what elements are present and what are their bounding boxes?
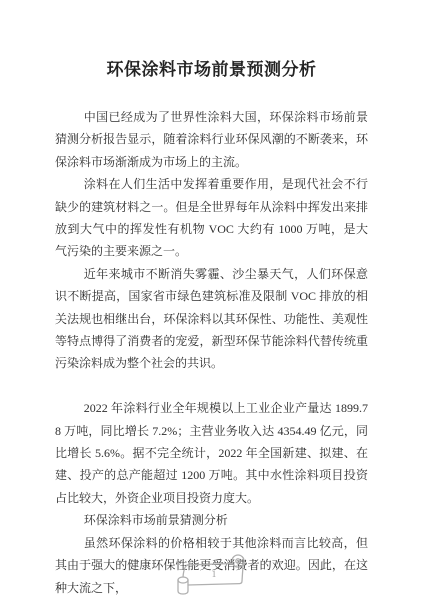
document-page: 环保涂料市场前景预测分析 中国已经成为了世界性涂料大国，环保涂料市场前景猜测分析… bbox=[0, 0, 424, 600]
paragraph-voc: 涂料在人们生活中发挥着重要作用，是现代社会不行缺少的建筑材料之一。但是全世界每年… bbox=[55, 173, 368, 263]
section-heading-forecast: 环保涂料市场前景猜测分析 bbox=[55, 509, 368, 531]
page-footer: 1 bbox=[0, 552, 424, 596]
document-body: 环保涂料市场前景预测分析 中国已经成为了世界性涂料大国，环保涂料市场前景猜测分析… bbox=[55, 58, 368, 599]
page-title: 环保涂料市场前景预测分析 bbox=[55, 58, 368, 82]
paragraph-policy: 近年来城市不断消失雾霾、沙尘暴天气，人们环保意识不断提高，国家省市绿色建筑标准及… bbox=[55, 263, 368, 375]
paragraph-intro: 中国已经成为了世界性涂料大国，环保涂料市场前景猜测分析报告显示，随着涂料行业环保… bbox=[55, 106, 368, 173]
blank-line-spacer bbox=[55, 375, 368, 397]
scroll-page-number-icon: 1 bbox=[172, 552, 252, 596]
paragraph-2022-statistics: 2022 年涂料行业全年规模以上工业企业产量达 1899.78 万吨，同比增长 … bbox=[55, 397, 368, 509]
page-number: 1 bbox=[212, 569, 217, 579]
